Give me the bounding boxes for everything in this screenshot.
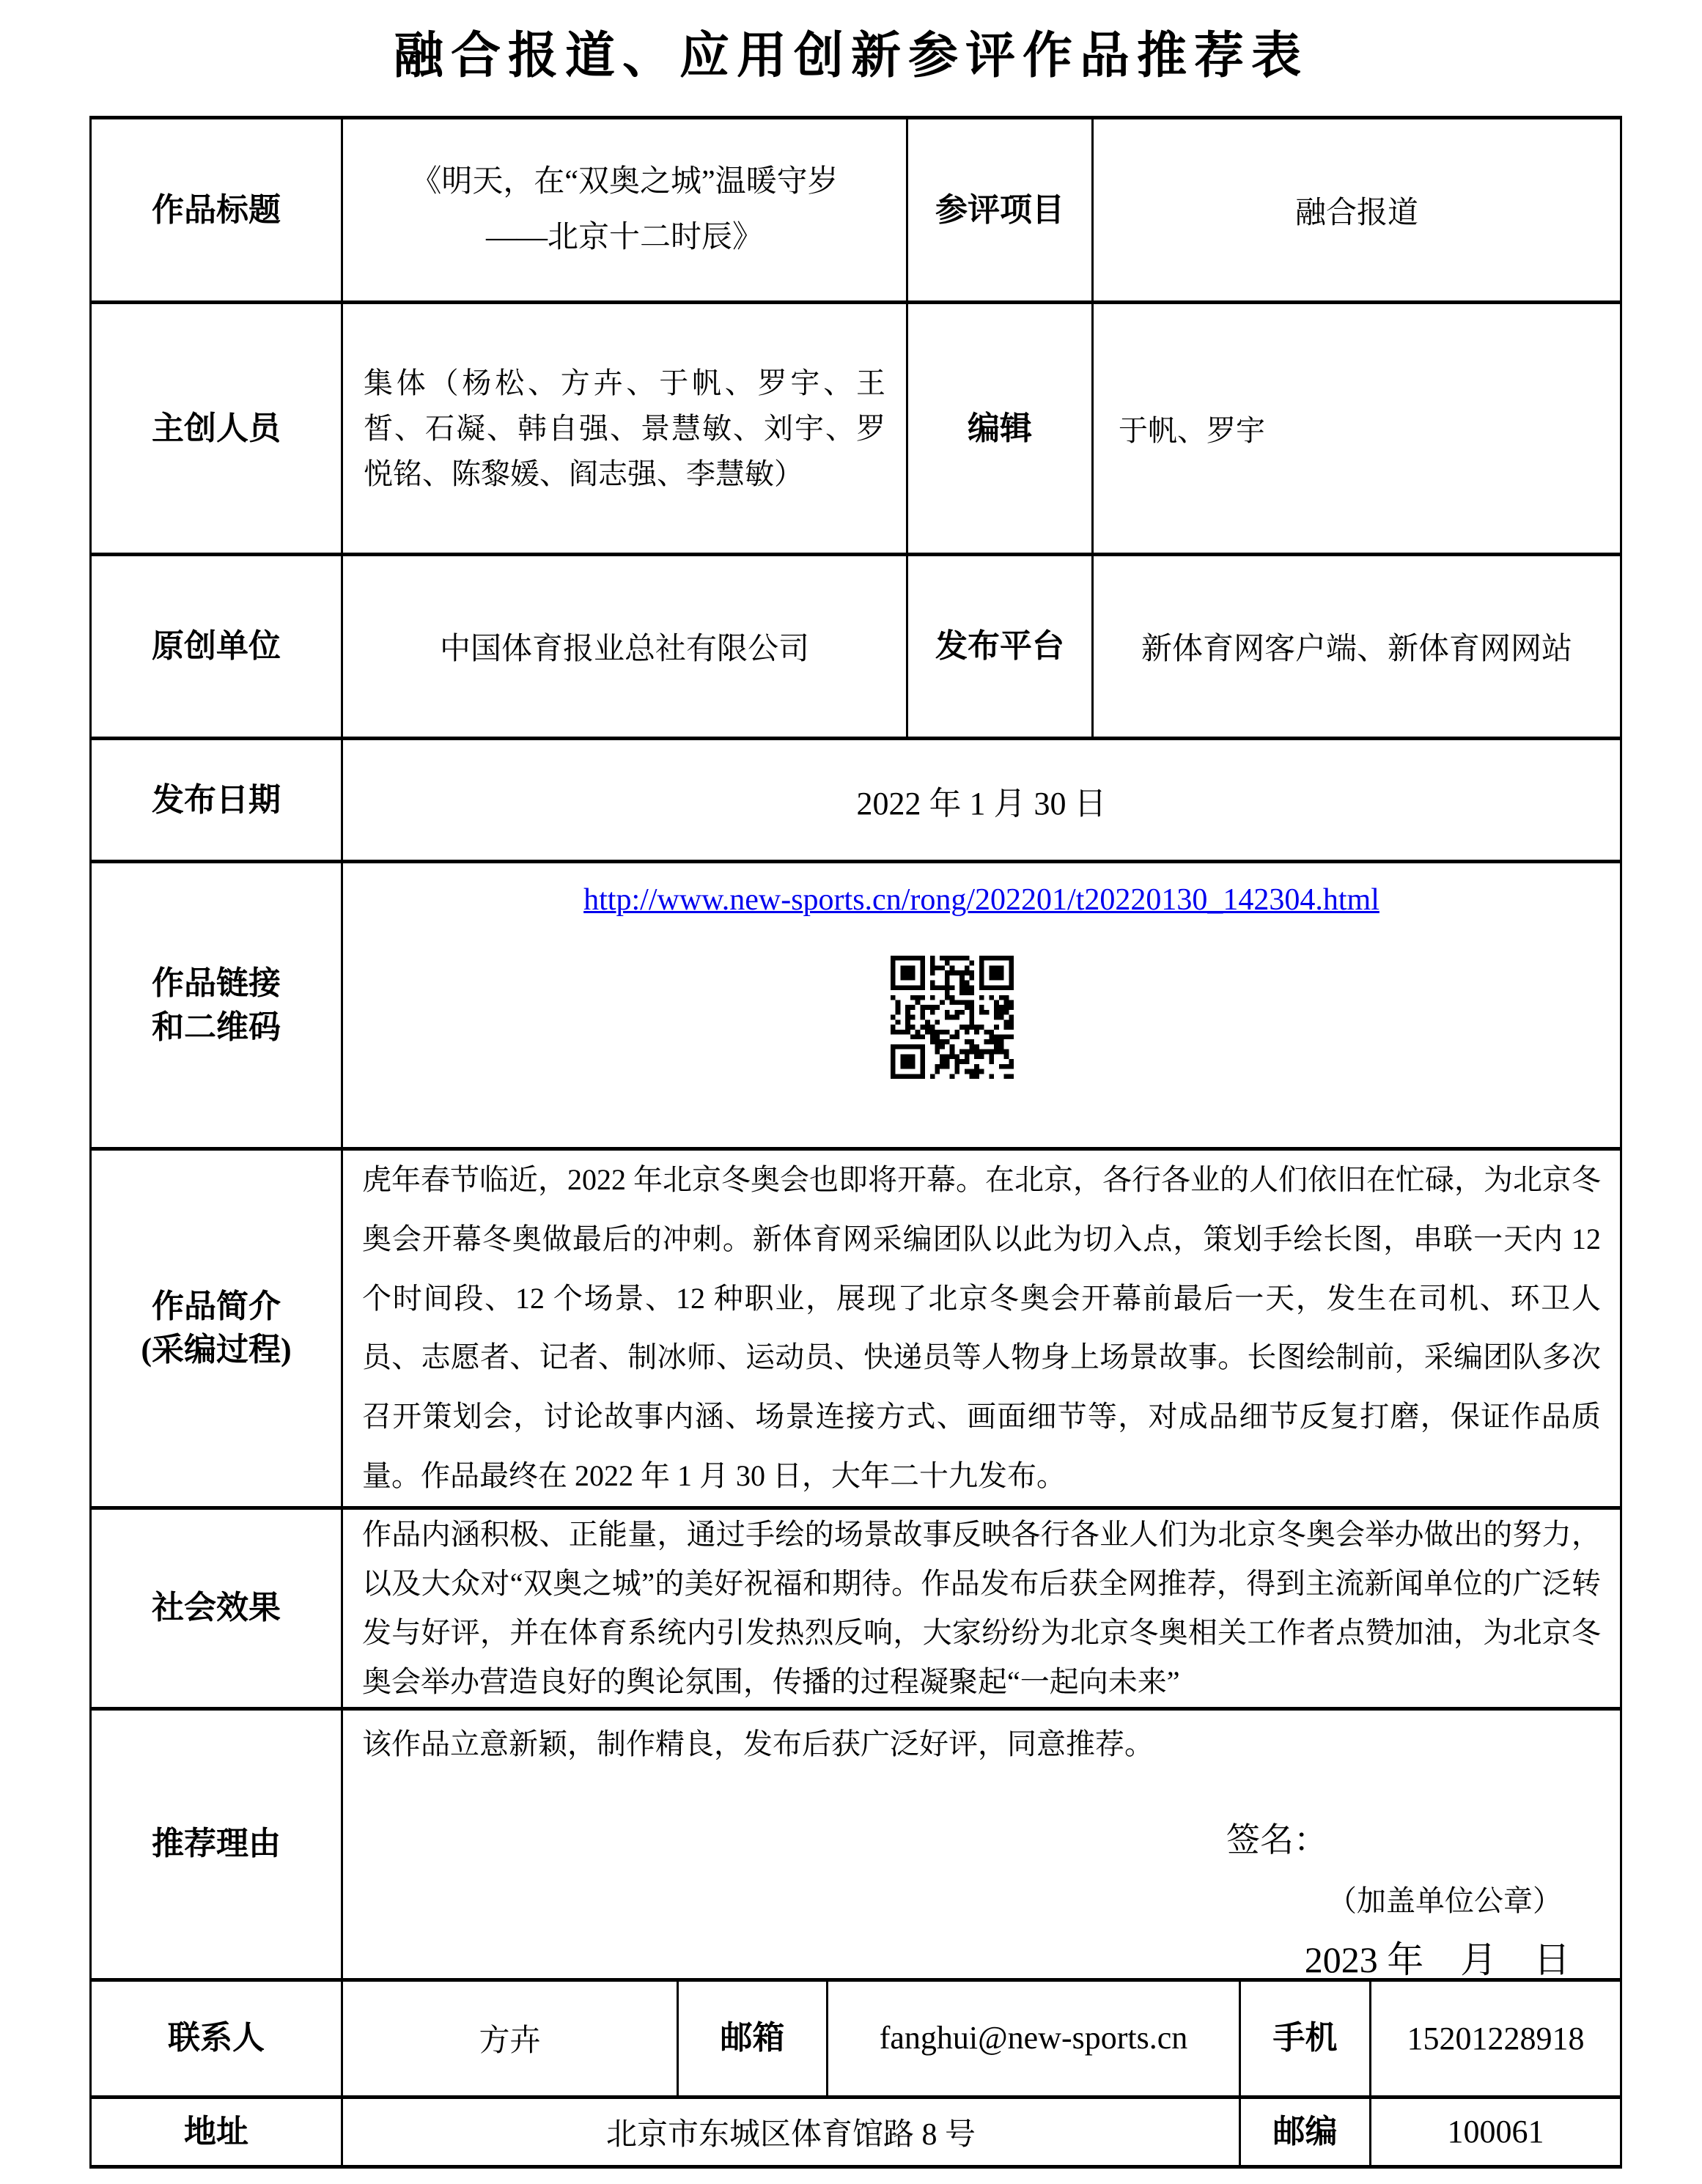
row-intro: 作品简介 (采编过程) 虎年春节临近，2022 年北京冬奥会也即将开幕。在北京，… [91,1149,1621,1508]
unit-value: 中国体育报业总社有限公司 [342,555,907,739]
document-title: 融合报道、应用创新参评作品推荐表 [0,16,1702,87]
recommendation-cell: 该作品立意新颖，制作精良，发布后获广泛好评，同意推荐。 签名： （加盖单位公章）… [342,1708,1621,1980]
creators-cell: 集体（杨松、方卉、于帆、罗宇、王皙、石凝、韩自强、景慧敏、刘宇、罗悦铭、陈黎媛、… [342,303,907,555]
social-effect-cell: 作品内涵积极、正能量，通过手绘的场景故事反映各行各业人们为北京冬奥会举办做出的努… [342,1508,1621,1708]
row-recommendation: 推荐理由 该作品立意新颖，制作精良，发布后获广泛好评，同意推荐。 签名： （加盖… [91,1708,1621,1980]
unit-label: 原创单位 [91,555,342,739]
intro-label: 作品简介 (采编过程) [91,1149,342,1508]
row-social-effect: 社会效果 作品内涵积极、正能量，通过手绘的场景故事反映各行各业人们为北京冬奥会举… [91,1508,1621,1708]
mobile-value: 15201228918 [1371,1980,1621,2097]
recommendation-date-line: 2023 年 月 日 [1203,1930,1621,1980]
creators-value: 集体（杨松、方卉、于帆、罗宇、王皙、石凝、韩自强、景慧敏、刘宇、罗悦铭、陈黎媛、… [343,361,906,497]
seal-note: （加盖单位公章） [1225,1878,1621,1919]
address-label: 地址 [91,2097,342,2166]
platform-value: 新体育网客户端、新体育网网站 [1093,555,1621,739]
zip-label: 邮编 [1240,2097,1371,2166]
publish-date-label: 发布日期 [91,739,342,862]
mobile-label: 手机 [1240,1980,1371,2097]
intro-label-line1: 作品简介 [152,1288,281,1324]
row-publish-date: 发布日期 2022 年 1 月 30 日 [91,739,1621,862]
intro-cell: 虎年春节临近，2022 年北京冬奥会也即将开幕。在北京，各行各业的人们依旧在忙碌… [342,1149,1621,1508]
creators-label: 主创人员 [91,303,342,555]
editor-value: 于帆、罗宇 [1093,303,1621,555]
publish-date-value: 2022 年 1 月 30 日 [342,739,1621,862]
social-effect-label: 社会效果 [91,1508,342,1708]
email-label: 邮箱 [678,1980,828,2097]
zip-value: 100061 [1371,2097,1621,2166]
row-link-qr: 作品链接 和二维码 http://www.new-sports.cn/rong/… [91,862,1621,1149]
intro-text: 虎年春节临近，2022 年北京冬奥会也即将开幕。在北京，各行各业的人们依旧在忙碌… [343,1151,1620,1506]
address-value: 北京市东城区体育馆路 8 号 [342,2097,1240,2166]
email-value: fanghui@new-sports.cn [828,2014,1239,2062]
category-label: 参评项目 [907,118,1093,303]
qr-code [891,956,1014,1079]
intro-label-line2: (采编过程) [141,1332,291,1368]
link-qr-label-line1: 作品链接 [152,965,281,1001]
link-qr-label: 作品链接 和二维码 [91,862,342,1149]
link-qr-label-line2: 和二维码 [152,1009,281,1045]
work-title-label: 作品标题 [91,118,342,303]
work-title-value: 《明天，在“双奥之城”温暖守岁——北京十二时辰》 [390,155,859,265]
recommendation-form-table: 作品标题 《明天，在“双奥之城”温暖守岁——北京十二时辰》 参评项目 融合报道 … [89,116,1622,2169]
row-creators: 主创人员 集体（杨松、方卉、于帆、罗宇、王皙、石凝、韩自强、景慧敏、刘宇、罗悦铭… [91,303,1621,555]
work-url-link[interactable]: http://www.new-sports.cn/rong/202201/t20… [583,883,1379,917]
platform-label: 发布平台 [907,555,1093,739]
email-cell: fanghui@new-sports.cn [828,1980,1240,2097]
row-contact: 联系人 方卉 邮箱 fanghui@new-sports.cn 手机 15201… [91,1980,1621,2097]
contact-name: 方卉 [342,1980,678,2097]
editor-label: 编辑 [907,303,1093,555]
work-title-cell: 《明天，在“双奥之城”温暖守岁——北京十二时辰》 [342,118,907,303]
contact-label: 联系人 [91,1980,342,2097]
row-unit: 原创单位 中国体育报业总社有限公司 发布平台 新体育网客户端、新体育网网站 [91,555,1621,739]
row-work-title: 作品标题 《明天，在“双奥之城”温暖守岁——北京十二时辰》 参评项目 融合报道 [91,118,1621,303]
social-effect-text: 作品内涵积极、正能量，通过手绘的场景故事反映各行各业人们为北京冬奥会举办做出的努… [343,1510,1620,1707]
recommendation-label: 推荐理由 [91,1708,342,1980]
recommendation-text: 该作品立意新颖，制作精良，发布后获广泛好评，同意推荐。 [343,1711,1620,1768]
category-value: 融合报道 [1093,118,1621,303]
signature-label: 签名： [1226,1813,1327,1862]
link-qr-cell: http://www.new-sports.cn/rong/202201/t20… [342,862,1621,1149]
row-address: 地址 北京市东城区体育馆路 8 号 邮编 100061 [91,2097,1621,2166]
